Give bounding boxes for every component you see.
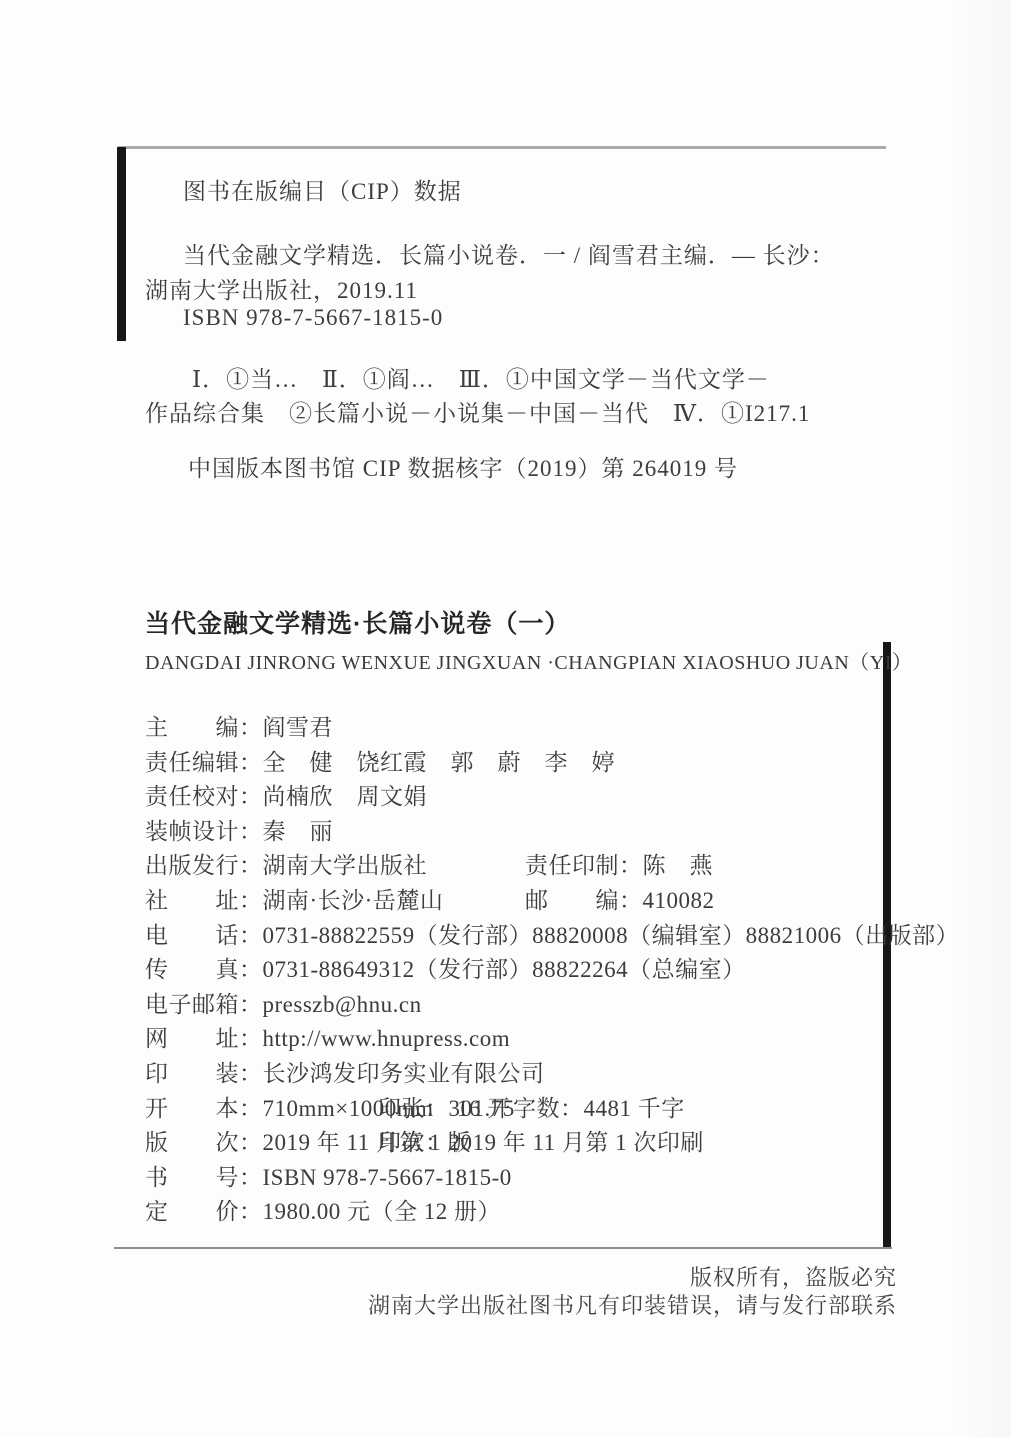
colophon-row: 责任校对：尚楠欣 周文娟: [145, 780, 883, 815]
colophon-text: 传 真：0731-88649312（发行部）88822264（总编室）: [145, 957, 746, 982]
colophon-row: 电子邮箱：presszb@hnu.cn: [145, 988, 883, 1023]
colophon-text: 责任编辑：全 健 饶红霞 郭 蔚 李 婷: [145, 750, 615, 775]
colophon-text: 责任校对：尚楠欣 周文娟: [145, 784, 427, 809]
colophon-row: 网 址：http://www.hnupress.com: [145, 1022, 883, 1057]
colophon-text: 主 编：阎雪君: [145, 715, 333, 740]
copyright-page: 图书在版编目（CIP）数据 当代金融文学精选．长篇小说卷．一 / 阎雪君主编．—…: [0, 0, 1011, 1437]
copyright-notice: 版权所有，盗版必究 湖南大学出版社图书凡有印装错误，请与发行部联系: [300, 1264, 897, 1320]
colophon-row: 印 装：长沙鸿发印务实业有限公司: [145, 1057, 883, 1092]
book-title-pinyin: DANGDAI JINRONG WENXUE JINGXUAN ·CHANGPI…: [145, 646, 912, 675]
colophon-row: 定 价：1980.00 元（全 12 册）: [145, 1195, 883, 1230]
colophon-text-secondary: 邮 编：410082: [525, 884, 715, 919]
colophon-text-secondary: 印张：301.75: [378, 1092, 515, 1127]
cip-record-line: 当代金融文学精选．长篇小说卷．一 / 阎雪君主编．— 长沙：: [183, 237, 835, 270]
copyright-notice-line2: 湖南大学出版社图书凡有印装错误，请与发行部联系: [300, 1292, 897, 1320]
colophon-text: 社 址：湖南·长沙·岳麓山: [145, 888, 443, 913]
colophon-text: 装帧设计：秦 丽: [145, 819, 333, 844]
top-rule-line: [118, 146, 886, 149]
colophon-text: 书 号：ISBN 978-7-5667-1815-0: [145, 1165, 512, 1190]
colophon-text: 电子邮箱：presszb@hnu.cn: [145, 992, 422, 1017]
colophon-text: 出版发行：湖南大学出版社: [145, 853, 427, 878]
colophon-text: 网 址：http://www.hnupress.com: [145, 1026, 510, 1051]
colophon-row: 主 编：阎雪君: [145, 711, 883, 746]
colophon-text-secondary: 印次：2019 年 11 月第 1 次印刷: [378, 1126, 704, 1161]
cip-classification-line: Ⅰ．①当… Ⅱ．①阎… Ⅲ．①中国文学－当代文学－: [192, 361, 770, 394]
bottom-rule-line: [114, 1247, 892, 1249]
colophon-text-secondary: 责任印制：陈 燕: [525, 849, 713, 884]
colophon-row: 装帧设计：秦 丽: [145, 815, 883, 850]
colophon-row: 电 话：0731-88822559（发行部）88820008（编辑室）88821…: [145, 919, 883, 954]
colophon-text: 定 价：1980.00 元（全 12 册）: [145, 1199, 501, 1224]
cip-heading: 图书在版编目（CIP）数据: [183, 173, 462, 206]
cip-registry-number-line: 中国版本图书馆 CIP 数据核字（2019）第 264019 号: [188, 450, 738, 483]
colophon-text: 印 装：长沙鸿发印务实业有限公司: [145, 1061, 545, 1086]
colophon-row: 开 本：710mm×1000mm 16 开 印张：301.75 字数：4481 …: [145, 1092, 883, 1127]
colophon-row: 责任编辑：全 健 饶红霞 郭 蔚 李 婷: [145, 746, 883, 781]
cip-classification-line: 作品综合集 ②长篇小说－小说集－中国－当代 Ⅳ．①I217.1: [145, 395, 810, 428]
colophon-row: 社 址：湖南·长沙·岳麓山 邮 编：410082: [145, 884, 883, 919]
colophon: 主 编：阎雪君 责任编辑：全 健 饶红霞 郭 蔚 李 婷 责任校对：尚楠欣 周文…: [145, 711, 883, 1230]
cip-isbn-line: ISBN 978-7-5667-1815-0: [183, 305, 443, 331]
colophon-text: 电 话：0731-88822559（发行部）88820008（编辑室）88821…: [145, 923, 959, 948]
copyright-notice-line1: 版权所有，盗版必究: [300, 1264, 897, 1292]
colophon-text-secondary: 字数：4481 千字: [513, 1092, 685, 1127]
colophon-row: 出版发行：湖南大学出版社 责任印制：陈 燕: [145, 849, 883, 884]
book-title: 当代金融文学精选·长篇小说卷（一）: [145, 604, 570, 640]
colophon-row: 传 真：0731-88649312（发行部）88822264（总编室）: [145, 953, 883, 988]
cip-record-line: 湖南大学出版社，2019.11: [145, 272, 418, 305]
left-black-bar: [117, 147, 126, 341]
colophon-row: 版 次：2019 年 11 月第 1 版 印次：2019 年 11 月第 1 次…: [145, 1126, 883, 1161]
colophon-row: 书 号：ISBN 978-7-5667-1815-0: [145, 1161, 883, 1196]
